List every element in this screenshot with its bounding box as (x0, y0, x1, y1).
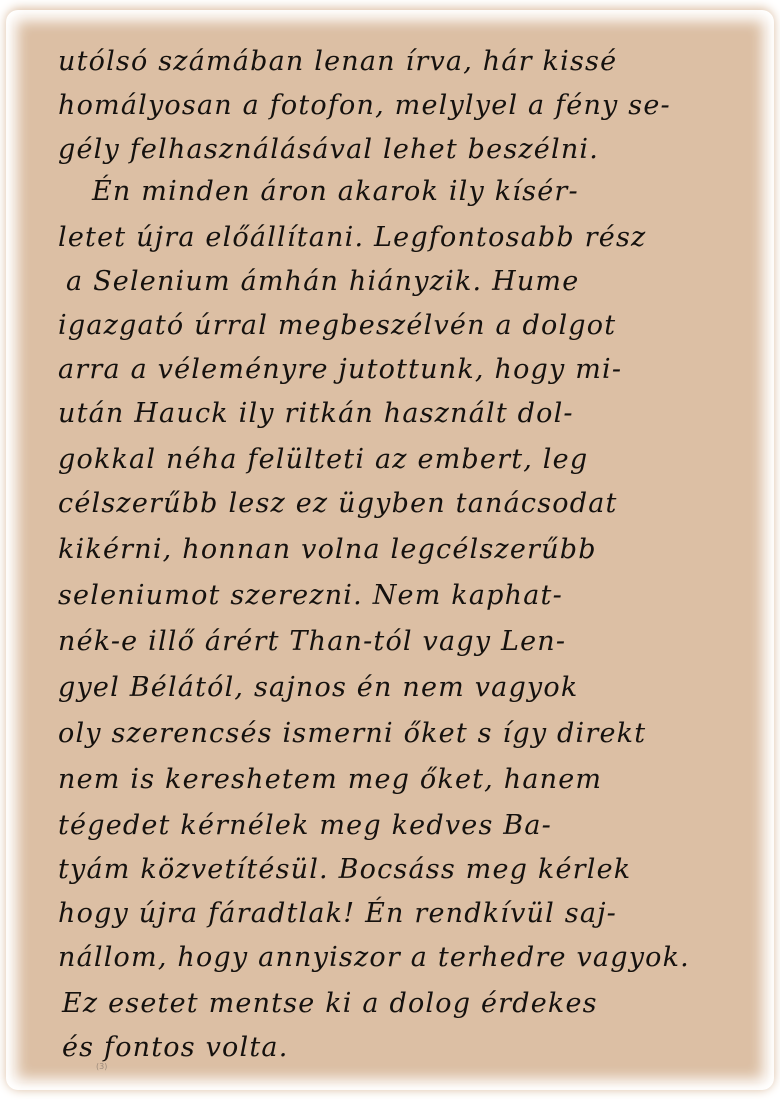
letter-line: arra a véleményre jutottunk, hogy mi- (58, 354, 622, 386)
letter-line: kikérni, honnan volna legcélszerűbb (58, 534, 597, 566)
letter-line: nék-e illő árért Than-tól vagy Len- (58, 626, 566, 658)
letter-line: gély felhasználásával lehet beszélni. (58, 134, 599, 166)
letter-line: igazgató úrral megbeszélvén a dolgot (58, 310, 616, 342)
letter-line: utólsó számában lenan írva, hár kissé (58, 46, 617, 78)
letter-line: Ez esetet mentse ki a dolog érdekes (62, 988, 598, 1020)
letter-line: oly szerencsés ismerni őket s így direkt (58, 718, 646, 750)
letter-line: hogy újra fáradtlak! Én rendkívül saj- (58, 898, 617, 930)
letter-line: a Selenium ámhán hiányzik. Hume (66, 266, 579, 298)
letter-line: után Hauck ily ritkán használt dol- (58, 398, 574, 430)
letter-line: tyám közvetítésül. Bocsáss meg kérlek (58, 854, 631, 886)
letter-line: gokkal néha felülteti az embert, leg (58, 444, 588, 476)
letter-line: nem is kereshetem meg őket, hanem (58, 764, 602, 796)
letter-line: homályosan a fotofon, melylyel a fény se… (58, 90, 671, 122)
page-mark: (3) (96, 1062, 107, 1071)
letter-line: célszerűbb lesz ez ügyben tanácsodat (58, 488, 618, 520)
letter-line: tégedet kérnélek meg kedves Ba- (58, 810, 552, 842)
letter-line: nállom, hogy annyiszor a terhedre vagyok… (58, 942, 690, 974)
letter-line: és fontos volta. (62, 1032, 288, 1064)
letter-line: gyel Bélától, sajnos én nem vagyok (58, 672, 578, 704)
letter-line: letet újra előállítani. Legfontosabb rés… (58, 222, 646, 254)
letter-line: Én minden áron akarok ily kísér- (92, 176, 579, 208)
letter-line: seleniumot szerezni. Nem kaphat- (58, 580, 563, 612)
